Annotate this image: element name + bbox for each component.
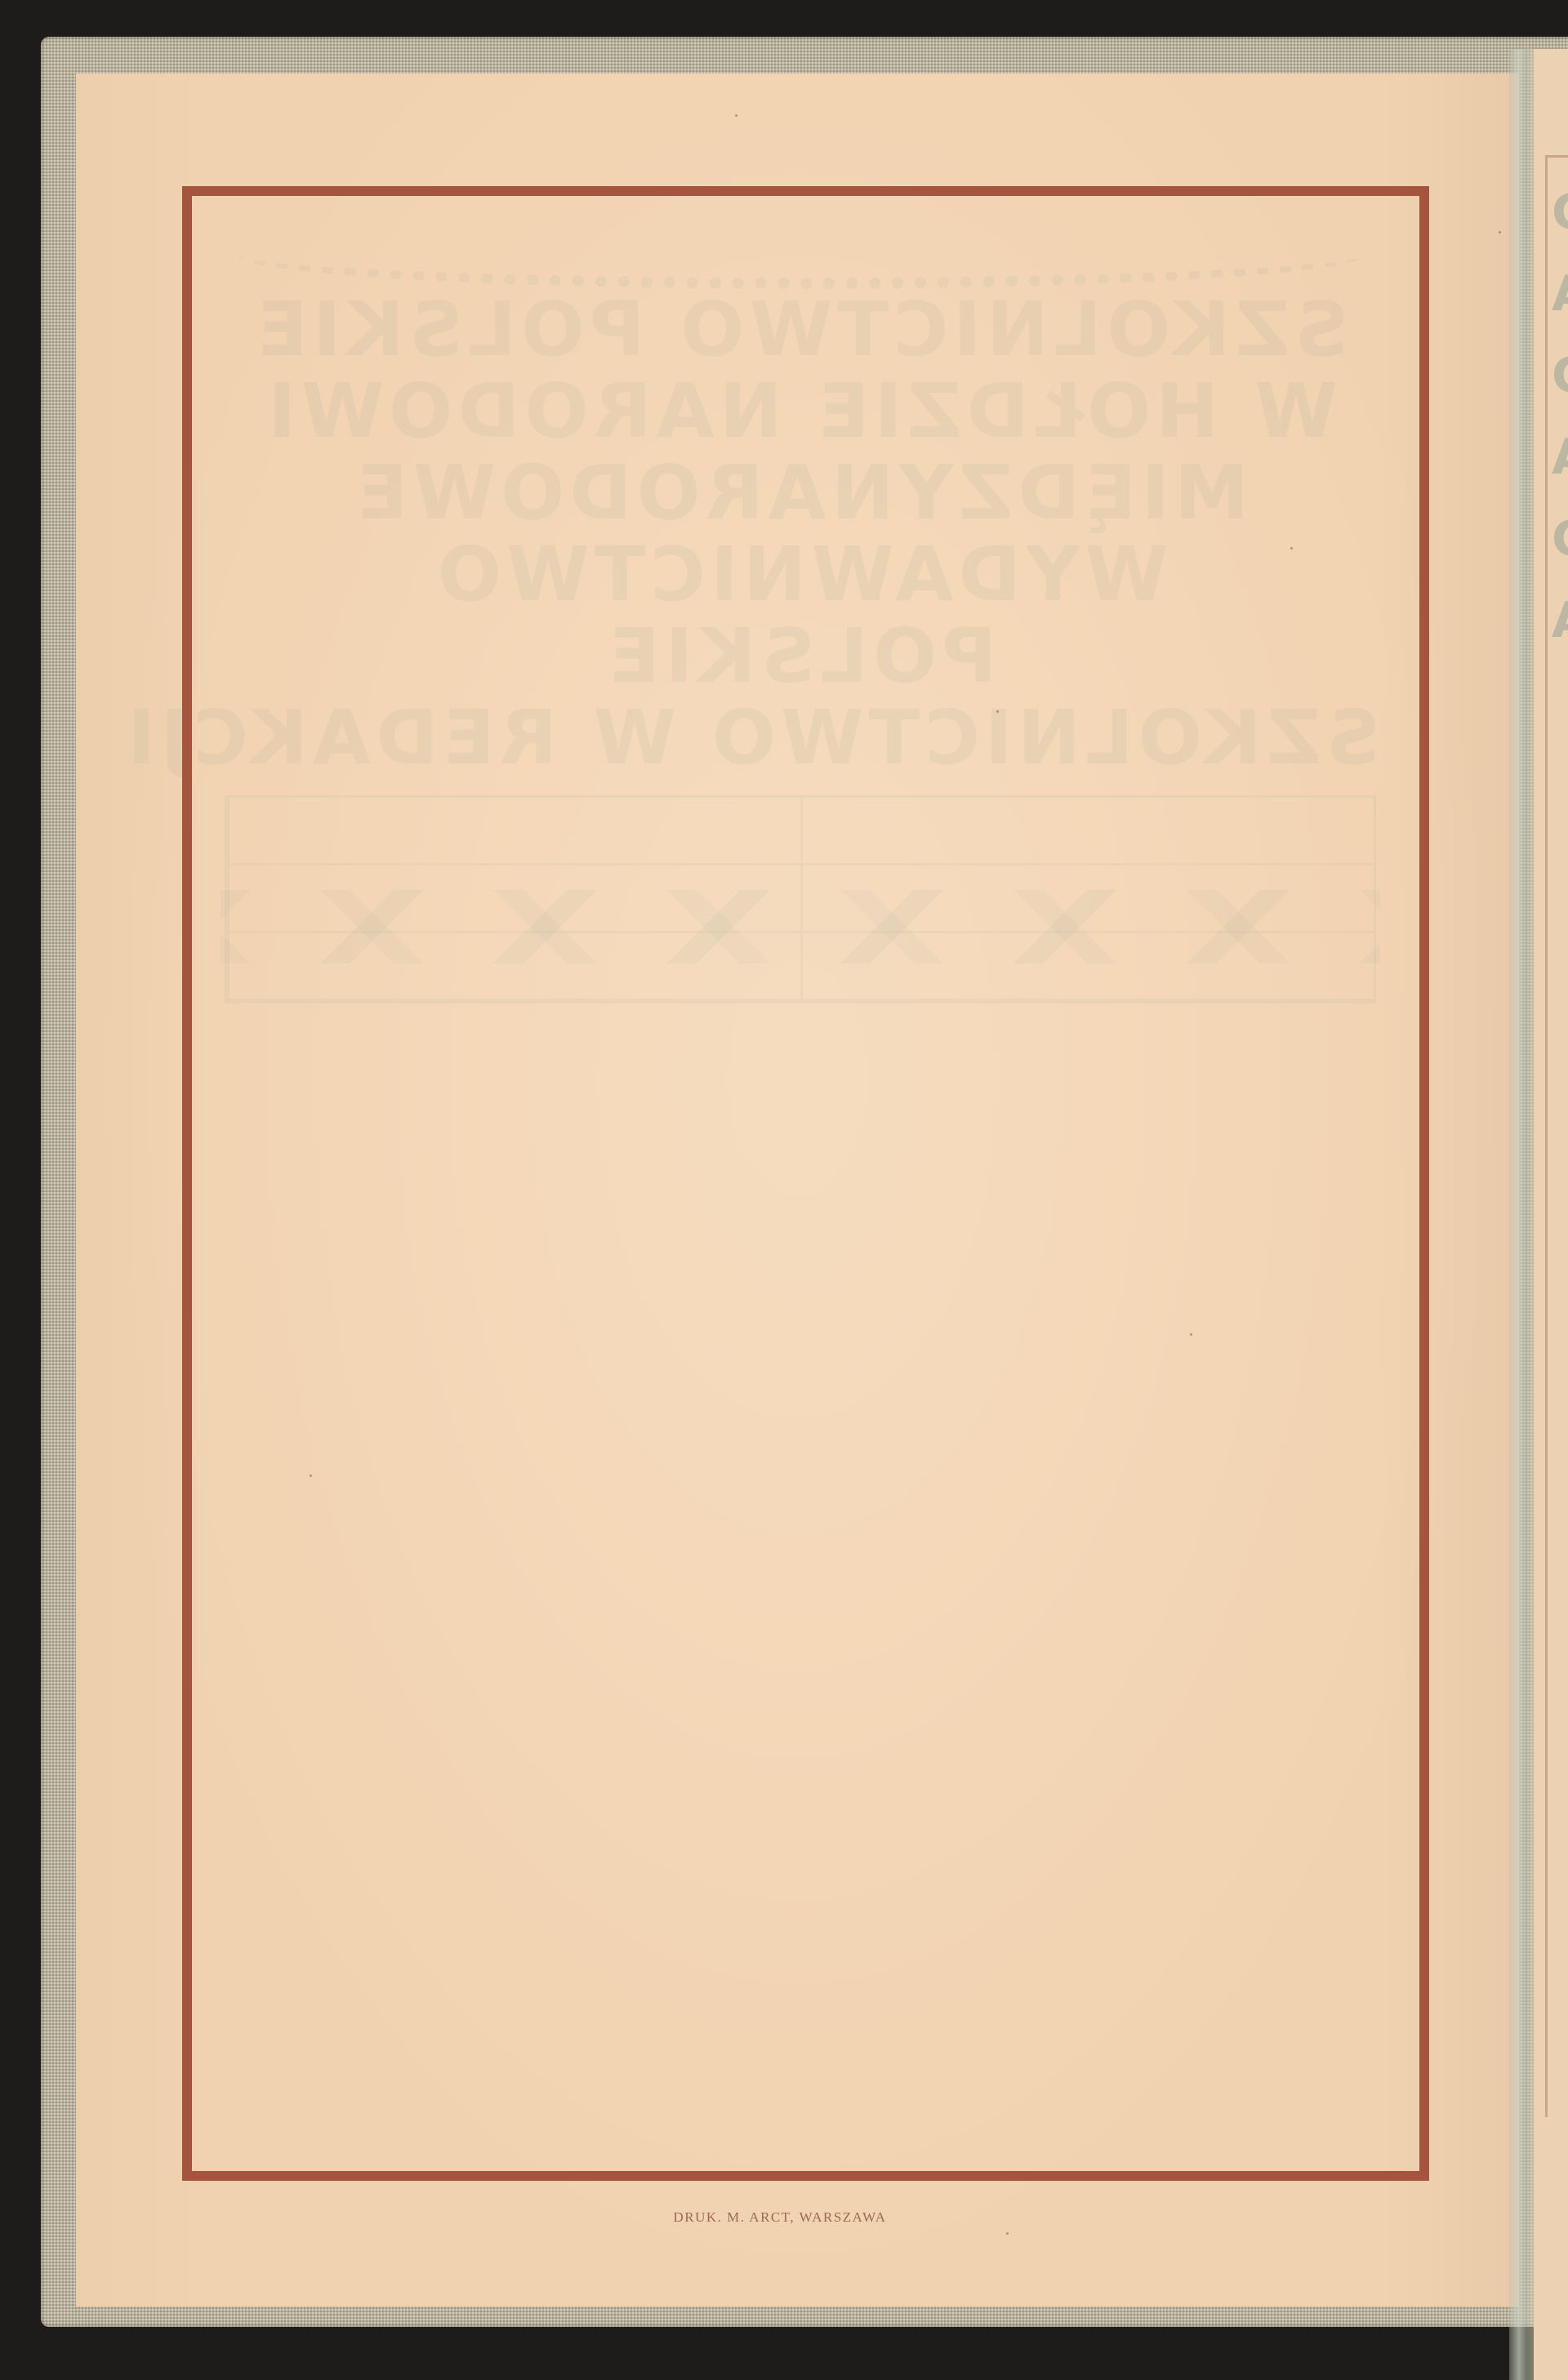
- facing-page-glyph: A: [1552, 269, 1568, 318]
- facing-page-glyph: C: [1552, 514, 1568, 563]
- facing-page-glyph: C: [1552, 351, 1568, 400]
- facing-page-glyph: A: [1552, 596, 1568, 645]
- facing-page-glyph: C: [1552, 188, 1568, 237]
- printed-border-frame: [182, 186, 1429, 2181]
- printer-imprint: DRUK. M. ARCT, WARSZAWA: [0, 2209, 1568, 2226]
- facing-page-sliver: C A C A C A: [1534, 49, 1568, 2380]
- facing-page-glyph: A: [1552, 433, 1568, 482]
- book-gutter: [1509, 49, 1534, 2380]
